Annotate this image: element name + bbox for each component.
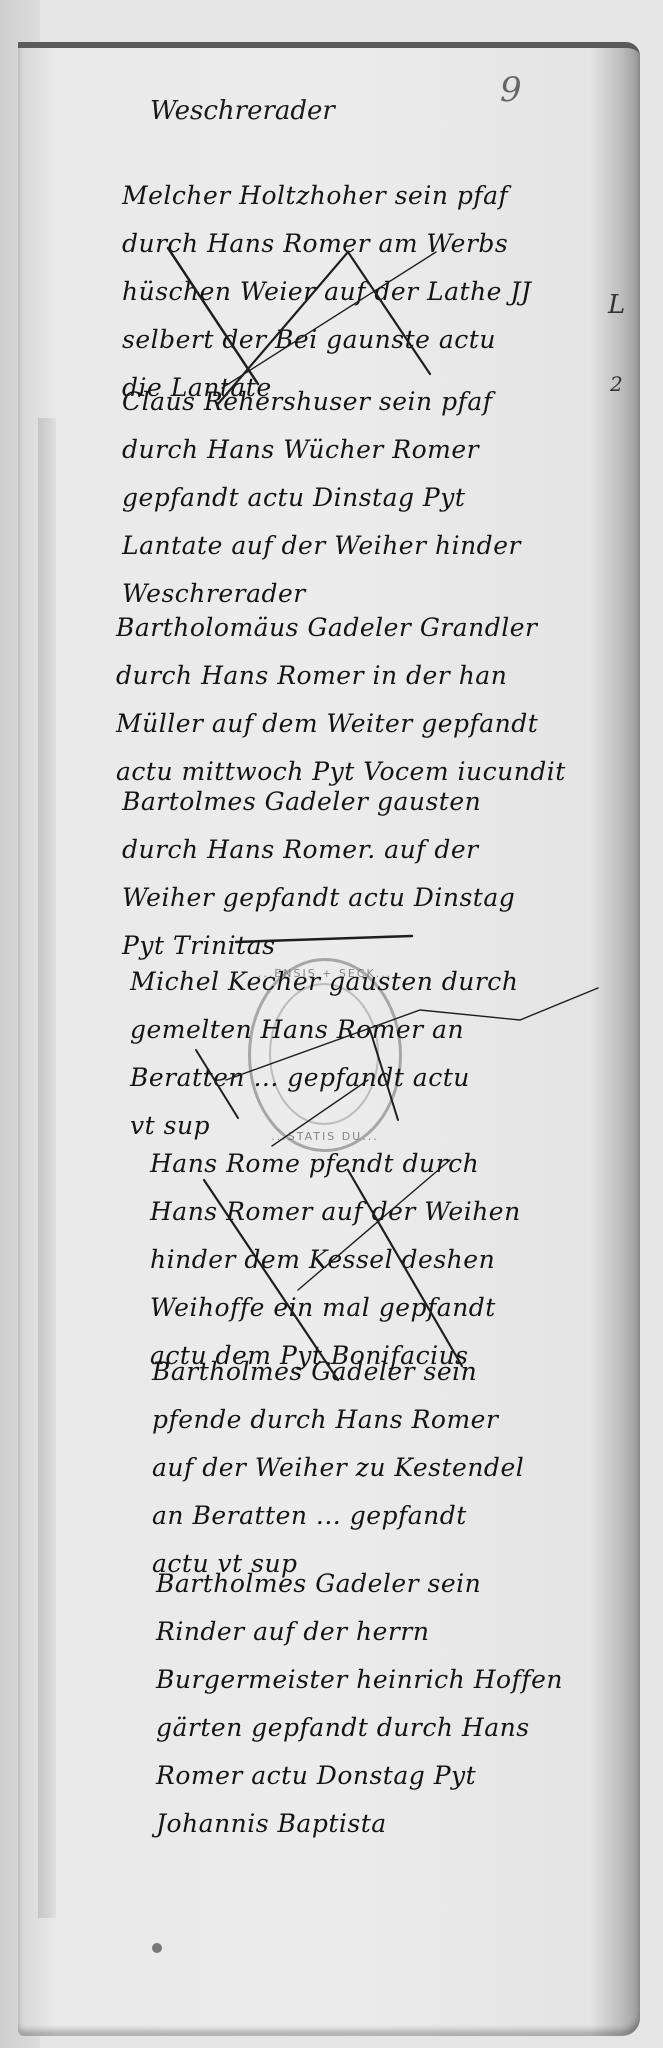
entry-line: auf der Weiher zu Kestendel: [152, 1444, 622, 1492]
entry-5: Michel Kecher gausten durch gemelten Han…: [130, 958, 600, 1150]
ink-spot: [152, 1943, 162, 1953]
entry-8: Bartholmes Gadeler sein Rinder auf der h…: [156, 1560, 626, 1848]
entry-line: Melcher Holtzhoher sein pfaf: [122, 172, 592, 220]
entry-line: durch Hans Wücher Romer: [122, 426, 592, 474]
entry-2: Claus Rehershuser sein pfaf durch Hans W…: [122, 378, 592, 618]
folio-number: 9: [500, 70, 522, 110]
entry-line: Bartholmes Gadeler sein: [152, 1348, 622, 1396]
entry-line: Beratten ... gepfandt actu: [130, 1054, 600, 1102]
entry-line: hüschen Weier auf der Lathe JJ: [122, 268, 592, 316]
entry-line: Michel Kecher gausten durch: [130, 958, 600, 1006]
entry-line: Weiher gepfandt actu Dinstag: [122, 874, 592, 922]
page-fold: [38, 418, 56, 1918]
entry-line: Romer actu Donstag Pyt: [156, 1752, 626, 1800]
entry-line: Müller auf dem Weiter gepfandt: [116, 700, 586, 748]
entry-line: durch Hans Romer am Werbs: [122, 220, 592, 268]
entry-3: Bartholomäus Gadeler Grandler durch Hans…: [116, 604, 586, 796]
entry-line: gemelten Hans Romer an: [130, 1006, 600, 1054]
entry-line: durch Hans Romer. auf der: [122, 826, 592, 874]
entry-line: Hans Rome pfendt durch: [150, 1140, 620, 1188]
entry-4: Bartolmes Gadeler gausten durch Hans Rom…: [122, 778, 592, 970]
entry-line: Bartolmes Gadeler gausten: [122, 778, 592, 826]
entry-line: Lantate auf der Weiher hinder: [122, 522, 592, 570]
entry-line: Claus Rehershuser sein pfaf: [122, 378, 592, 426]
entry-line: Johannis Baptista: [156, 1800, 626, 1848]
entry-line: Bartholmes Gadeler sein: [156, 1560, 626, 1608]
entry-line: selbert der Bei gaunste actu: [122, 316, 592, 364]
page-heading: Weschrerader: [150, 96, 335, 126]
entry-7: Bartholmes Gadeler sein pfende durch Han…: [152, 1348, 622, 1588]
entry-1: Melcher Holtzhoher sein pfaf durch Hans …: [122, 172, 592, 412]
entry-line: an Beratten ... gepfandt: [152, 1492, 622, 1540]
entry-line: pfende durch Hans Romer: [152, 1396, 622, 1444]
margin-note: 2: [610, 372, 623, 396]
margin-note: L: [608, 290, 625, 320]
entry-line: Weihoffe ein mal gepfandt: [150, 1284, 620, 1332]
entry-line: gepfandt actu Dinstag Pyt: [122, 474, 592, 522]
entry-line: Hans Romer auf der Weihen: [150, 1188, 620, 1236]
entry-line: durch Hans Romer in der han: [116, 652, 586, 700]
entry-6: Hans Rome pfendt durch Hans Romer auf de…: [150, 1140, 620, 1380]
entry-line: Burgermeister heinrich Hoffen: [156, 1656, 626, 1704]
entry-line: gärten gepfandt durch Hans: [156, 1704, 626, 1752]
entry-line: hinder dem Kessel deshen: [150, 1236, 620, 1284]
entry-line: Bartholomäus Gadeler Grandler: [116, 604, 586, 652]
entry-line: Rinder auf der herrn: [156, 1608, 626, 1656]
